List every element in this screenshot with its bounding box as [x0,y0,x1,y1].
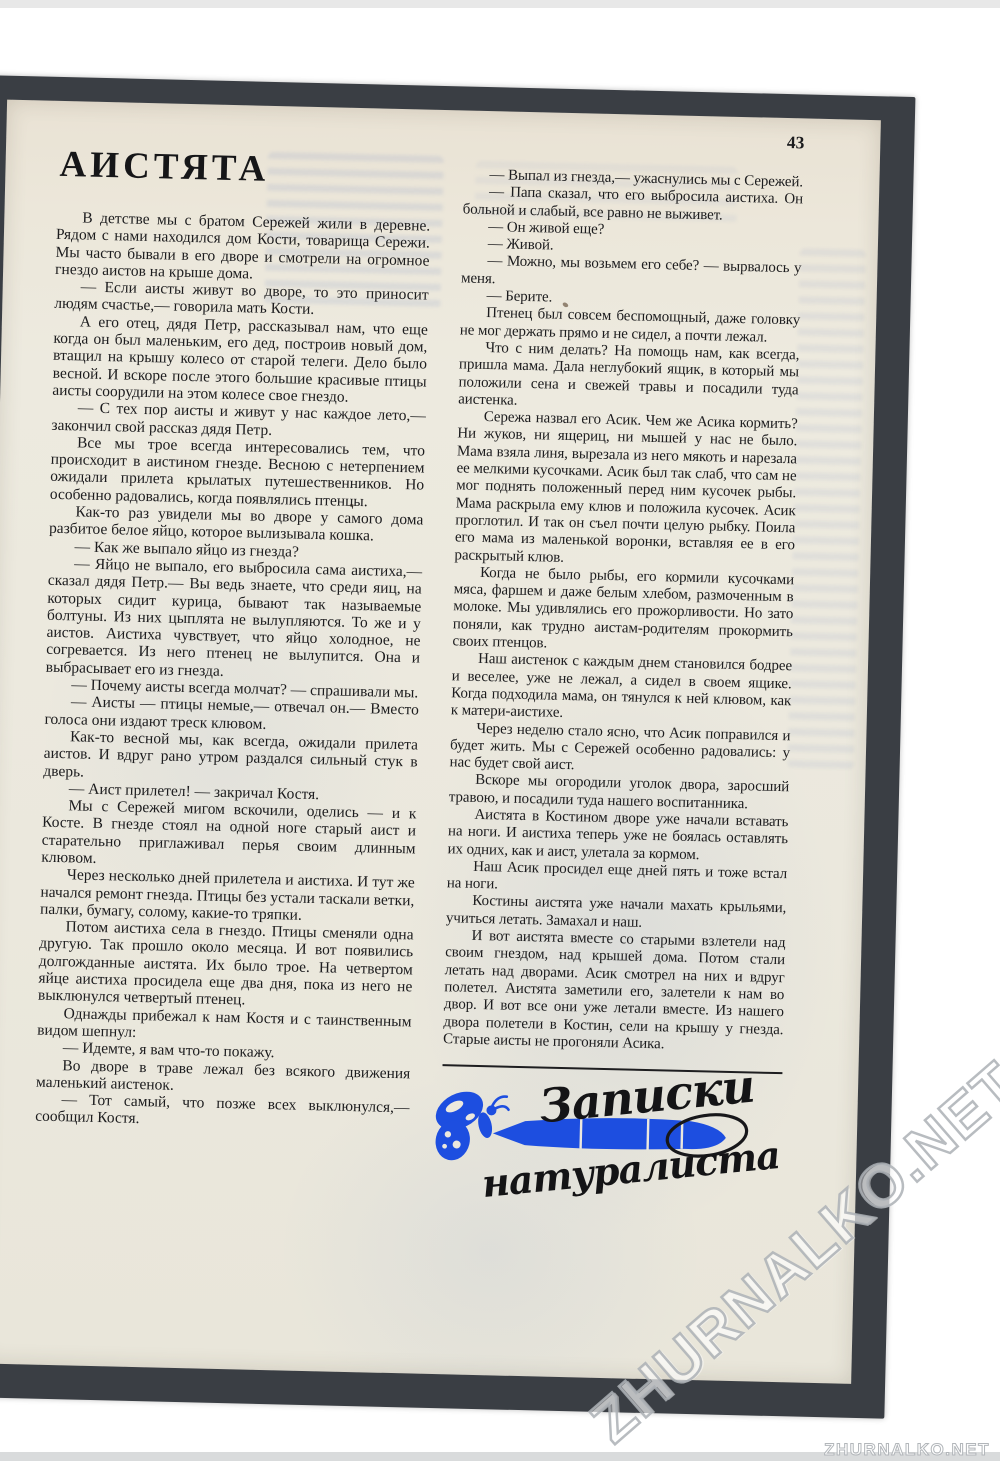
scanner-top-strip [0,0,1000,8]
naturalist-notes-logo: Записки натуралиста [427,1074,794,1223]
scanned-page-backdrop: 43 АИСТЯТА В детстве мы с братом Сережей… [0,75,915,1418]
story-paragraph: Сережа назвал его Асик. Чем же Асика кор… [454,409,798,573]
left-paragraphs: В детстве мы с братом Сережей жили в дер… [35,209,430,1134]
story-paragraph: — Яйцо не выпало, его выбросила сама аис… [46,555,423,685]
right-text-column: — Выпал из гнезда,— ужаснулись мы с Сере… [439,166,804,1222]
article-title: АИСТЯТА [59,145,430,194]
story-paragraph: Наш аистенок с каждым днем становился бо… [451,651,793,728]
story-paragraph: Все мы трое всегда интересовались тем, ч… [50,434,426,512]
story-paragraph: И вот аистята вместе со старыми взлетели… [443,927,786,1056]
magazine-page: 43 АИСТЯТА В детстве мы с братом Сережей… [0,100,881,1384]
story-paragraph: Как-то весной мы, как всегда, ожидали пр… [43,728,418,789]
story-paragraph: Когда не было рыбы, его кормили кусочкам… [452,564,794,658]
right-paragraphs: — Выпал из гнезда,— ужаснулись мы с Сере… [443,166,804,1056]
site-watermark-corner: ZHURNALKO.NET [824,1440,990,1460]
story-paragraph: — Тот самый, что позже всех выклюнулся,—… [35,1091,410,1134]
story-paragraph: А его отец, дядя Петр, рассказывал нам, … [52,313,428,408]
butterfly-icon [428,1083,509,1165]
left-text-column: АИСТЯТА В детстве мы с братом Сережей жи… [35,145,432,1134]
story-paragraph: Что с ним делать? На помощь нам, как все… [458,339,800,416]
story-paragraph: В детстве мы с братом Сережей жили в дер… [55,209,431,287]
logo-word-zapiski: Записки [537,1059,757,1134]
story-paragraph: Через несколько дней прилетела и аистиха… [40,866,415,927]
page-number: 43 [464,124,804,153]
story-paragraph: Аистята в Костином дворе уже начали вста… [447,806,788,866]
story-paragraph: Потом аистиха села в гнездо. Птицы сменя… [38,918,414,1013]
story-paragraph: Через неделю стало ясно, что Асик поправ… [449,720,790,780]
story-paragraph: Мы с Сережей мигом вскочили, оделись — и… [41,797,417,875]
